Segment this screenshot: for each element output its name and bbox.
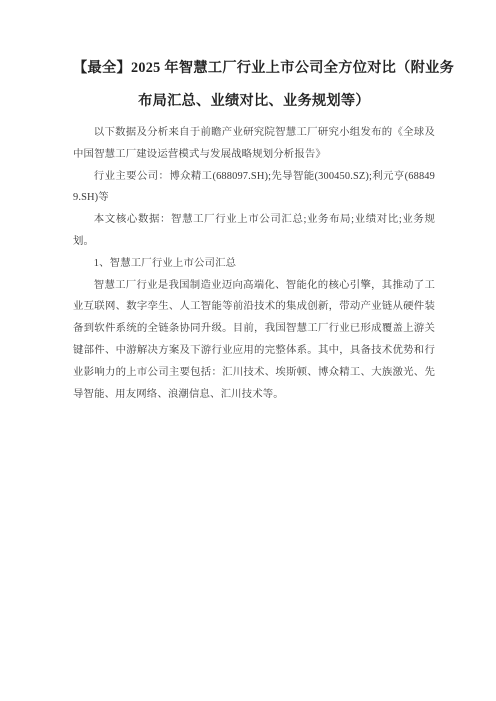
document-title: 【最全】2025 年智慧工厂行业上市公司全方位对比（附业务 布局汇总、业绩对比、… — [73, 52, 435, 118]
paragraph-core-data: 本文核心数据：智慧工厂行业上市公司汇总;业务布局;业绩对比;业务规划。 — [73, 209, 435, 253]
paragraph-source-note: 以下数据及分析来自于前瞻产业研究院智慧工厂研究小组发布的《全球及中国智慧工厂建设… — [73, 122, 435, 166]
paragraph-industry-overview: 智慧工厂行业是我国制造业迈向高端化、智能化的核心引擎，其推动了工业互联网、数字孪… — [73, 275, 435, 406]
section-heading-1: 1、智慧工厂行业上市公司汇总 — [73, 253, 435, 275]
document-page: 【最全】2025 年智慧工厂行业上市公司全方位对比（附业务 布局汇总、业绩对比、… — [0, 0, 496, 701]
paragraph-industry-main-companies: 行业主要公司：博众精工(688097.SH);先导智能(300450.SZ);利… — [73, 166, 435, 210]
document-title-line-1: 【最全】2025 年智慧工厂行业上市公司全方位对比（附业务 — [73, 52, 435, 85]
document-body: 以下数据及分析来自于前瞻产业研究院智慧工厂研究小组发布的《全球及中国智慧工厂建设… — [73, 122, 435, 405]
document-title-line-2: 布局汇总、业绩对比、业务规划等） — [73, 85, 435, 118]
